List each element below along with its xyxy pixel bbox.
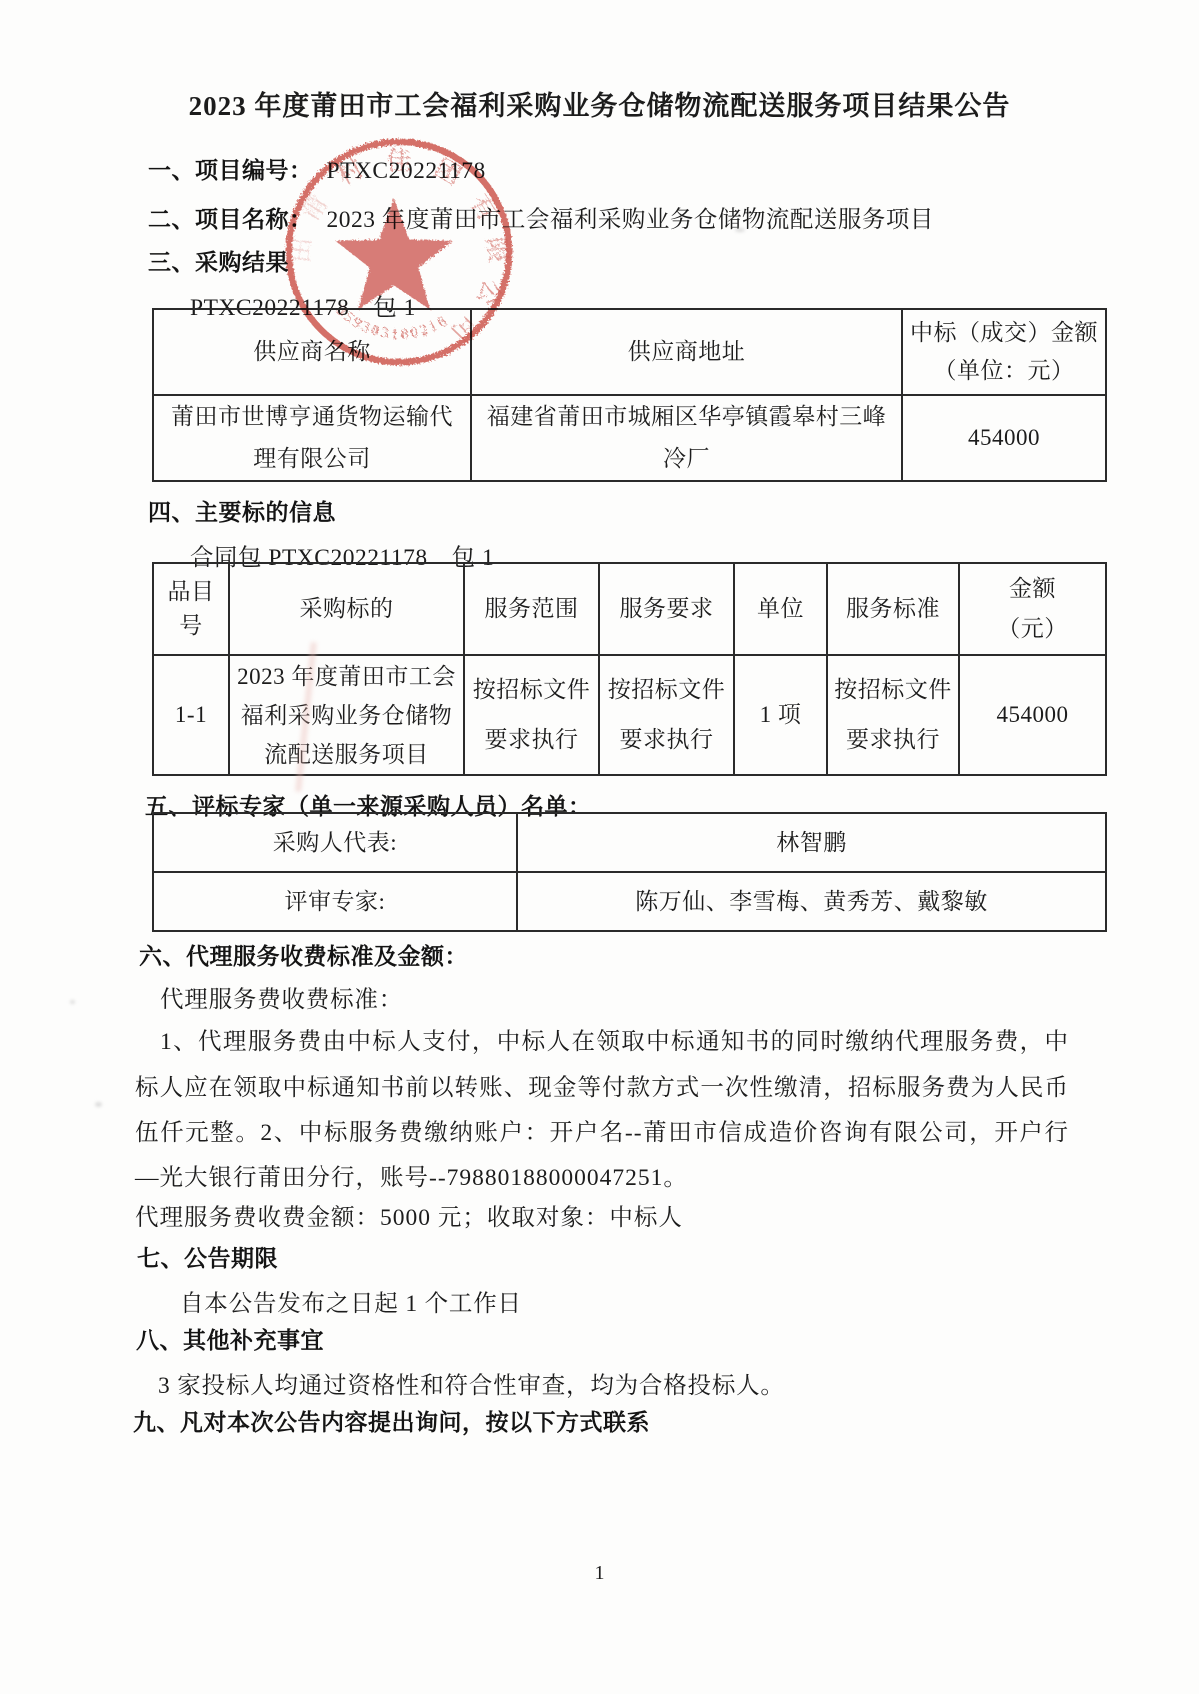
section-procurement-result-heading: 三、采购结果: [148, 244, 289, 277]
table-row: 评审专家: 陈万仙、李雪梅、黄秀芳、戴黎敏: [153, 872, 1106, 931]
header-award-amount: 中标（成交）金额 （单位：元）: [902, 309, 1106, 395]
header-unit: 单位: [734, 563, 827, 655]
agency-fee-standard-line: 代理服务费收费标准：: [160, 980, 403, 1014]
award-amount-cell: 454000: [902, 395, 1106, 481]
subject-cell: 2023 年度莆田市工会福利采购业务仓储物流配送服务项目: [229, 655, 464, 775]
announcement-period-body: 自本公告发布之日起 1 个工作日: [180, 1284, 522, 1318]
table-header-row: 供应商名称 供应商地址 中标（成交）金额 （单位：元）: [153, 309, 1106, 395]
unit-cell: 1 项: [734, 655, 827, 775]
section1-label: 一、项目编号：: [148, 157, 313, 183]
header-supplier-name: 供应商名称: [153, 309, 471, 395]
section2-label: 二、项目名称：: [148, 206, 313, 232]
agency-fee-paragraph-line3: 伍仟元整。2、中标服务费缴纳账户：开户名--莆田市信成造价咨询有限公司，开户行: [135, 1113, 1069, 1147]
amount-cell: 454000: [959, 655, 1106, 775]
experts-table: 采购人代表: 林智鹏 评审专家: 陈万仙、李雪梅、黄秀芳、戴黎敏: [152, 812, 1107, 932]
agency-fee-paragraph-line1: 1、代理服务费由中标人支付，中标人在领取中标通知书的同时缴纳代理服务费，中: [135, 1022, 1069, 1056]
scanned-announcement-page: 2023 年度莆田市工会福利采购业务仓储物流配送服务项目结果公告 一、项目编号：…: [0, 0, 1199, 1694]
subject-info-table: 品目号 采购标的 服务范围 服务要求 单位 服务标准 金额 （元） 1-1 20…: [152, 562, 1107, 776]
supplier-name-cell: 莆田市世博亨通货物运输代理有限公司: [153, 395, 471, 481]
header-amount: 金额 （元）: [959, 563, 1106, 655]
section-project-number: 一、项目编号：PTXC20221178: [148, 152, 486, 185]
review-experts-label: 评审专家:: [153, 872, 517, 931]
service-standard-cell: 按招标文件要求执行: [827, 655, 959, 775]
scan-speck: [95, 1102, 102, 1107]
agency-fee-paragraph-line4: —光大银行莆田分行，账号--79880188000047251。: [135, 1158, 1069, 1192]
header-item-no: 品目号: [153, 563, 229, 655]
table-row: 采购人代表: 林智鹏: [153, 813, 1106, 872]
purchaser-representative-label: 采购人代表:: [153, 813, 517, 872]
project-name-value: 2023 年度莆田市工会福利采购业务仓储物流配送服务项目: [327, 207, 934, 233]
section-contact-heading: 九、凡对本次公告内容提出询问，按以下方式联系: [133, 1404, 650, 1437]
stamp-arc-char: 公: [471, 276, 507, 310]
table-row: 莆田市世博亨通货物运输代理有限公司 福建省莆田市城厢区华亭镇霞皋村三峰冷厂 45…: [153, 395, 1106, 481]
agency-fee-paragraph-line2: 标人应在领取中标通知书前以转账、现金等付款方式一次性缴清，招标服务费为人民币: [135, 1068, 1069, 1102]
page-title: 2023 年度莆田市工会福利采购业务仓储物流配送服务项目结果公告: [0, 84, 1199, 123]
stamp-faint-char: 田: [285, 236, 317, 265]
page-number: 1: [0, 1562, 1199, 1585]
table-header-row: 品目号 采购标的 服务范围 服务要求 单位 服务标准 金额 （元）: [153, 563, 1106, 655]
scan-speck: [735, 228, 745, 232]
agency-fee-amount-line: 代理服务费收费金额：5000 元；收取对象：中标人: [135, 1198, 1069, 1232]
bid-result-table: 供应商名称 供应商地址 中标（成交）金额 （单位：元） 莆田市世博亨通货物运输代…: [152, 308, 1107, 482]
section-project-name: 二、项目名称：2023 年度莆田市工会福利采购业务仓储物流配送服务项目: [148, 200, 934, 234]
header-service-requirement: 服务要求: [599, 563, 734, 655]
table-row: 1-1 2023 年度莆田市工会福利采购业务仓储物流配送服务项目 按招标文件要求…: [153, 655, 1106, 775]
header-service-scope: 服务范围: [464, 563, 599, 655]
section-main-subject-heading: 四、主要标的信息: [148, 494, 336, 527]
scan-speck: [70, 1000, 75, 1004]
section-announcement-period-heading: 七、公告期限: [137, 1240, 278, 1273]
purchaser-representative-value: 林智鹏: [517, 813, 1106, 872]
other-matters-body: 3 家投标人均通过资格性和符合性审查，均为合格投标人。: [158, 1366, 785, 1400]
project-number-value: PTXC20221178: [327, 158, 486, 184]
header-service-standard: 服务标准: [827, 563, 959, 655]
section-other-matters-heading: 八、其他补充事宜: [136, 1322, 324, 1355]
stamp-arc-char: 限: [481, 236, 513, 265]
section-agency-fee-heading: 六、代理服务收费标准及金额：: [139, 938, 468, 971]
header-subject: 采购标的: [229, 563, 464, 655]
supplier-address-cell: 福建省莆田市城厢区华亭镇霞皋村三峰冷厂: [471, 395, 902, 481]
header-supplier-address: 供应商地址: [471, 309, 902, 395]
item-no-cell: 1-1: [153, 655, 229, 775]
service-scope-cell: 按招标文件要求执行: [464, 655, 599, 775]
review-experts-value: 陈万仙、李雪梅、黄秀芳、戴黎敏: [517, 872, 1106, 931]
service-requirement-cell: 按招标文件要求执行: [599, 655, 734, 775]
